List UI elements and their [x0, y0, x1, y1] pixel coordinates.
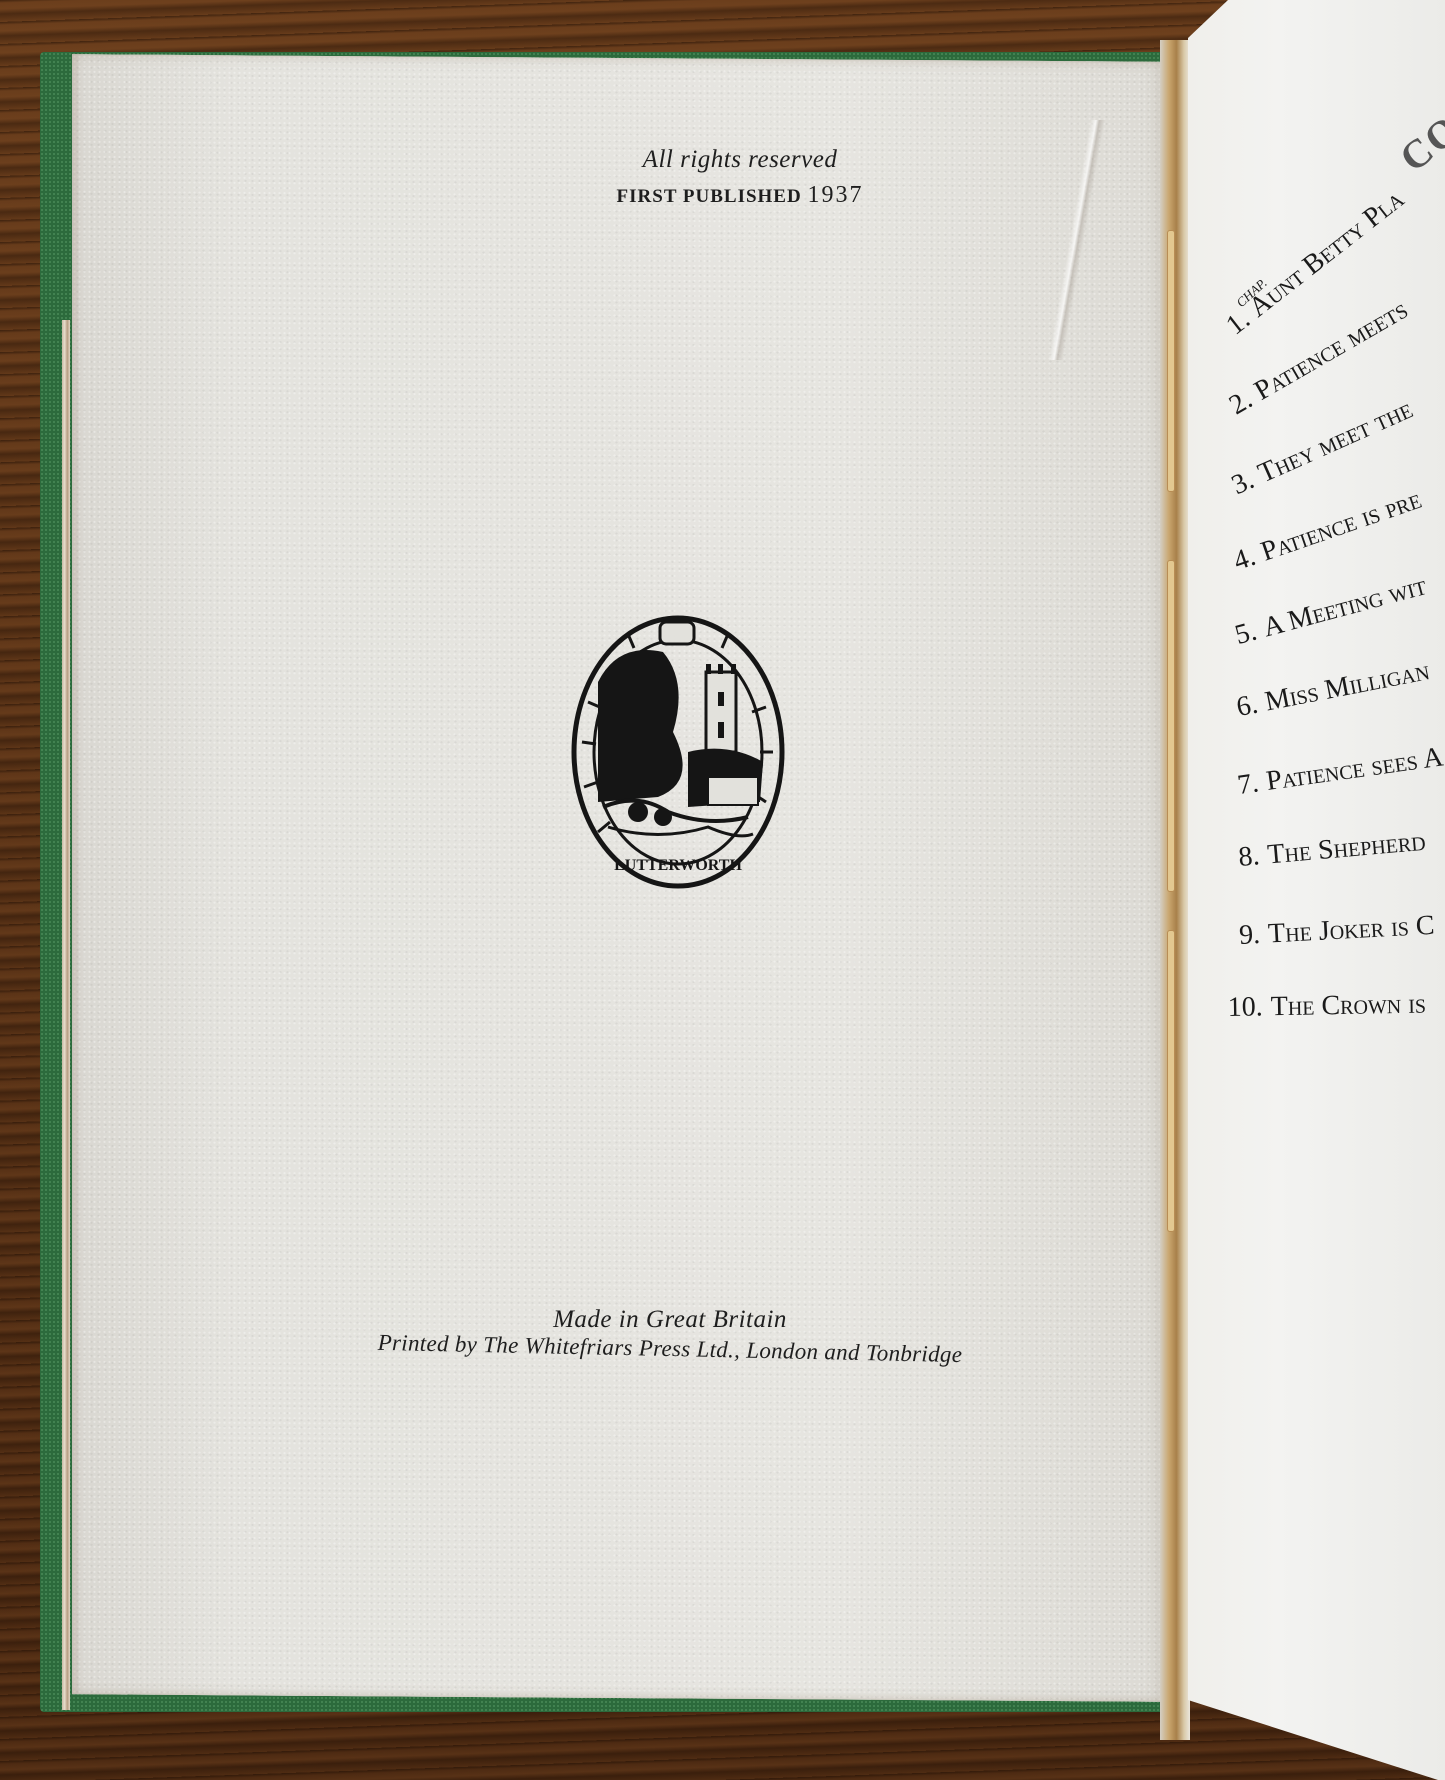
- binding-thread: [1167, 230, 1175, 492]
- binding-thread: [1167, 930, 1175, 1232]
- contents-heading: CON: [1391, 86, 1445, 181]
- book-gutter: [1160, 40, 1190, 1740]
- svg-text:LUTTERWORTH: LUTTERWORTH: [614, 857, 742, 874]
- first-published-label: FIRST PUBLISHED: [617, 186, 802, 207]
- first-published-year: 1937: [807, 182, 863, 208]
- binding-thread: [1167, 560, 1175, 892]
- page-edges: [62, 320, 70, 1710]
- contents-item: 5.A Meeting wit: [1232, 570, 1430, 652]
- contents-item: 4.Patience is pre: [1230, 484, 1426, 578]
- contents-item: 6.Miss Milligan: [1234, 655, 1432, 724]
- contents-item: 10.The Crown is: [1227, 989, 1426, 1024]
- contents-item: 7.Patience sees A: [1236, 741, 1445, 802]
- contents-item: 9.The Joker is C: [1238, 910, 1435, 952]
- first-published-line: FIRST PUBLISHED 1937: [560, 182, 920, 209]
- contents-item: 8.The Shepherd: [1237, 826, 1427, 874]
- page-crease: [1040, 120, 1110, 360]
- lutterworth-press-emblem-icon: LUTTERWORTH: [568, 612, 788, 892]
- rights-reserved-text: All rights reserved: [560, 146, 920, 174]
- made-in-great-britain-text: Made in Great Britain: [480, 1306, 860, 1334]
- contents-list: CON CHAP. 1.Aunt Betty Pla 2.Patience me…: [1230, 80, 1445, 980]
